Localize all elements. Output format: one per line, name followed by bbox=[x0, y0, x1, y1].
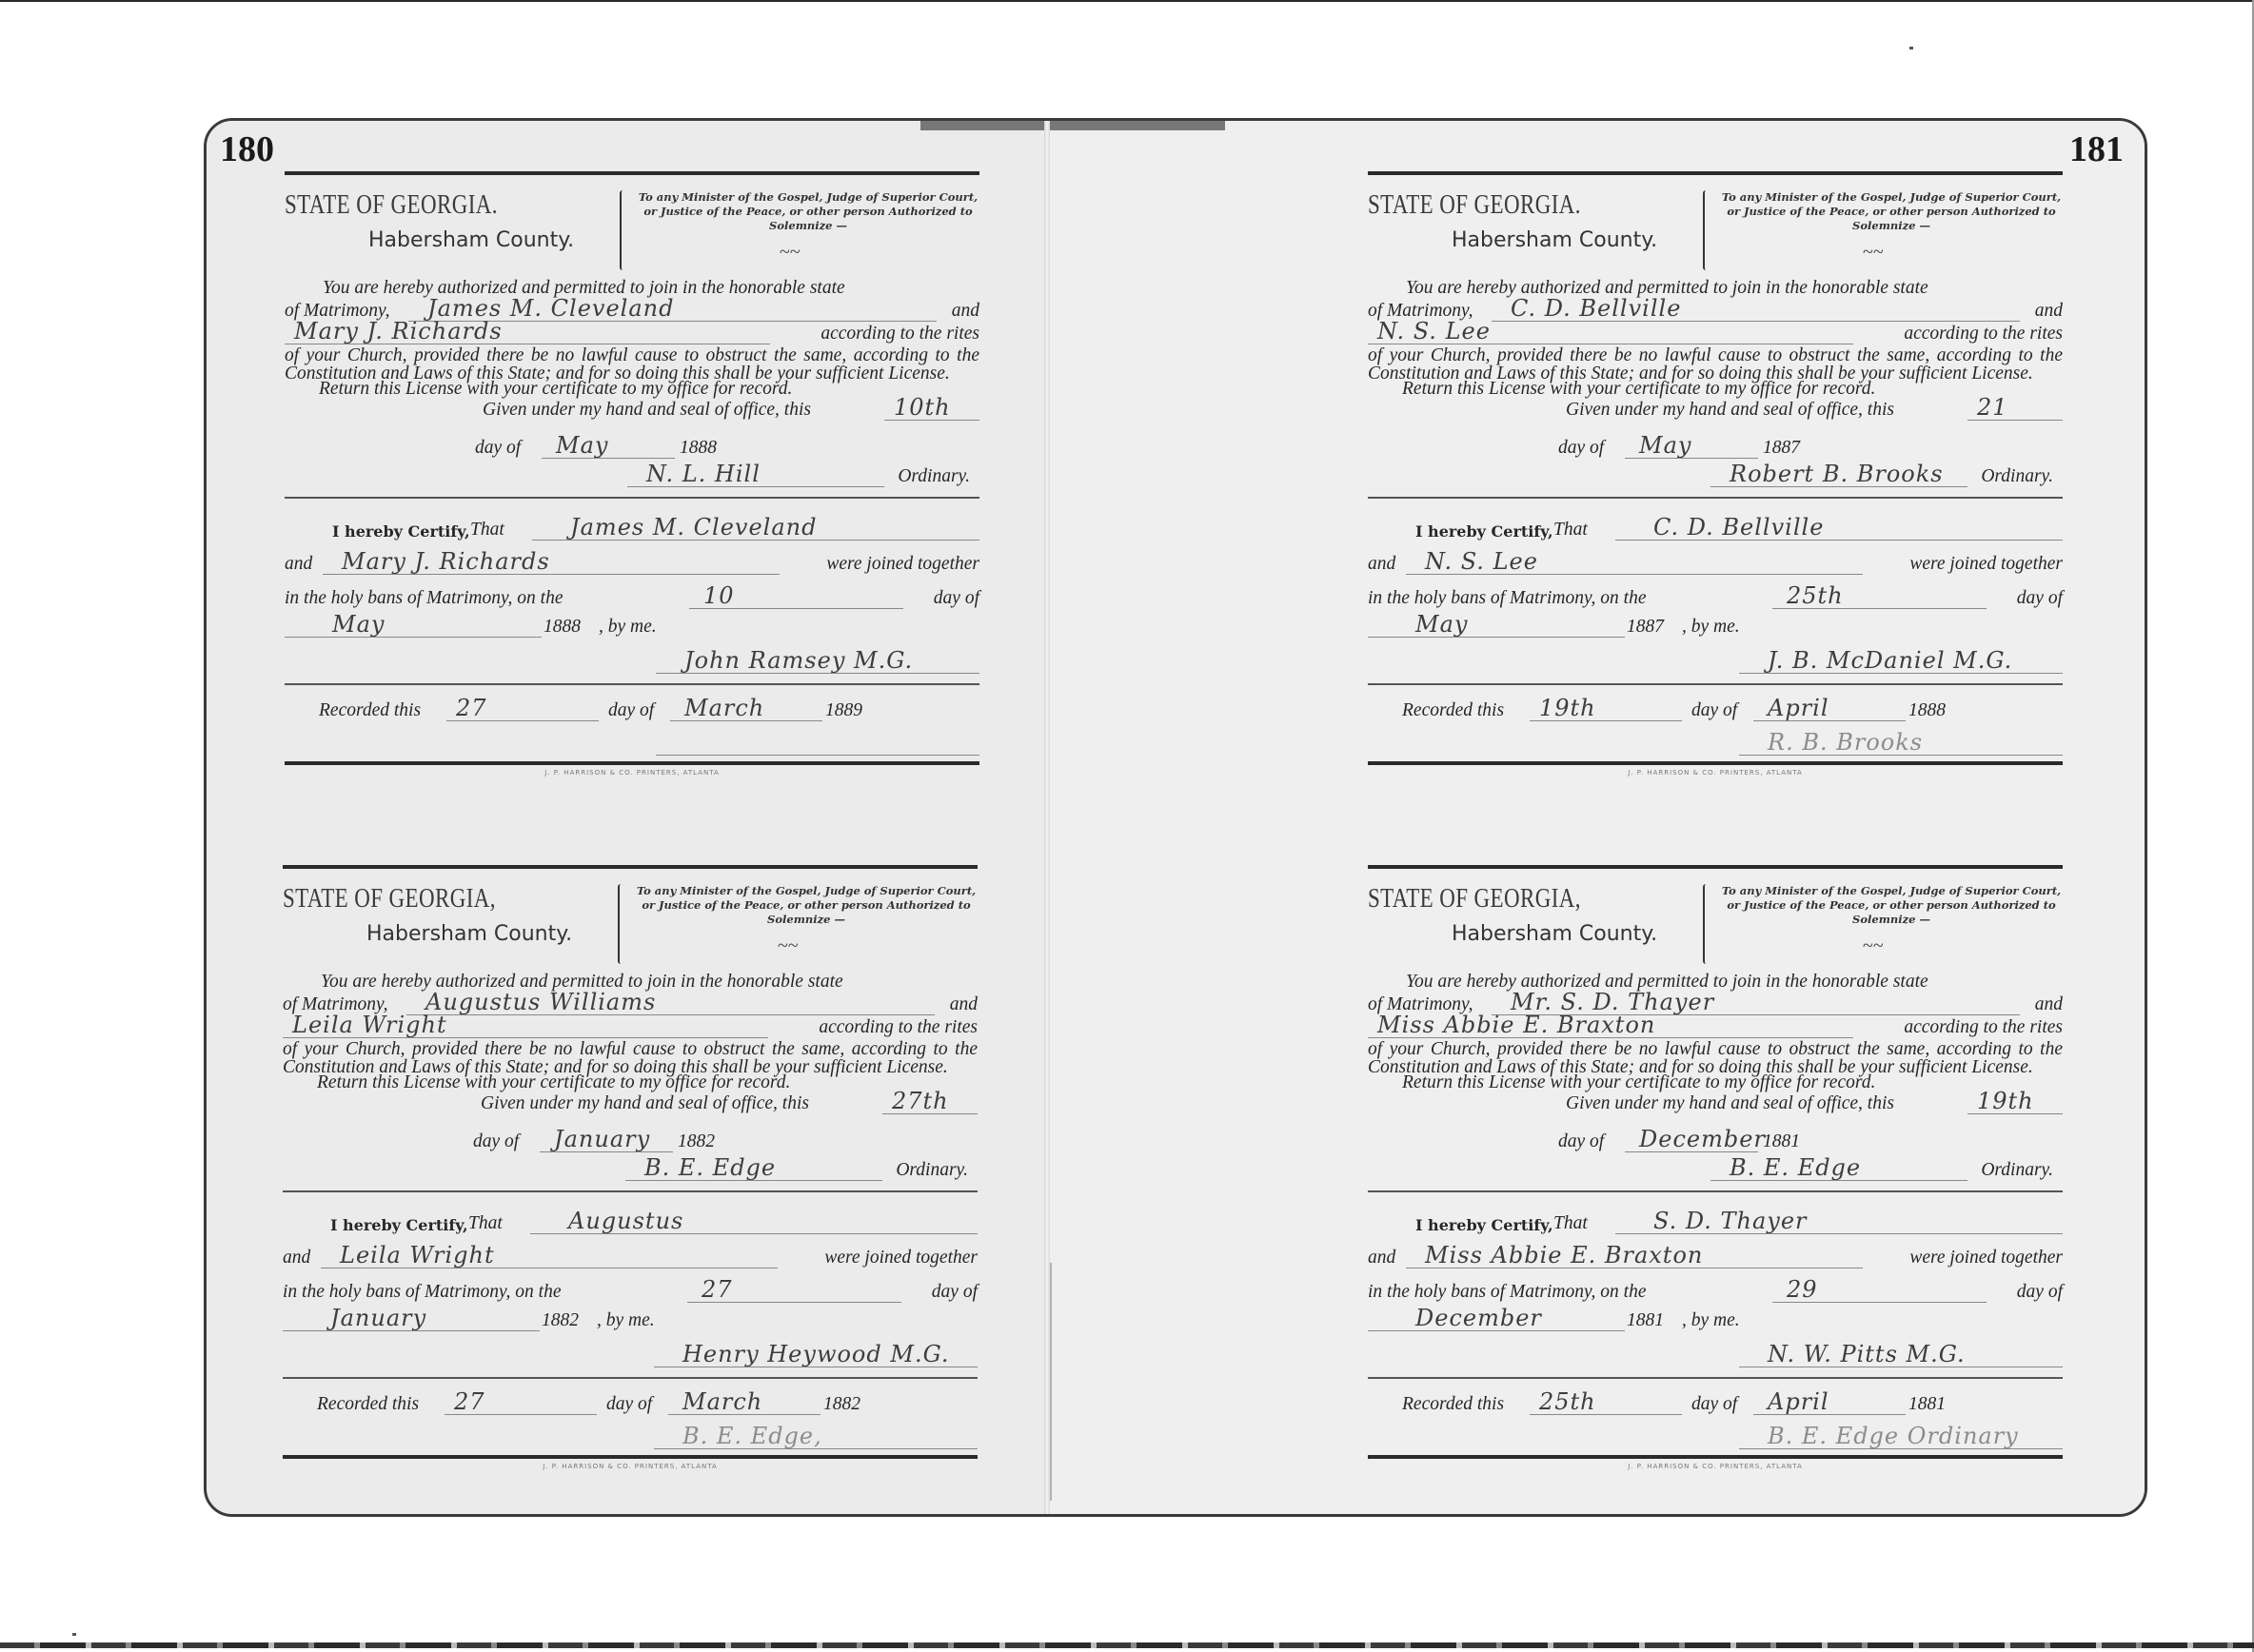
joined-label: were joined together bbox=[826, 554, 979, 575]
recorded-year: 1882 bbox=[823, 1394, 860, 1415]
and-label-2: and bbox=[285, 554, 312, 575]
recorded-day-underline bbox=[1530, 720, 1682, 721]
certify-label: I hereby Certify, bbox=[1415, 522, 1553, 541]
day-of-label: day of bbox=[473, 1131, 519, 1152]
ordinary-label: Ordinary. bbox=[898, 466, 970, 487]
that-label: That bbox=[468, 1213, 503, 1234]
printer-imprint: J. P. HARRISON & CO. PRINTERS, ATLANTA bbox=[285, 769, 979, 777]
top-rule bbox=[1368, 171, 2063, 175]
recorder-signature: R. B. Brooks bbox=[1768, 729, 1923, 756]
ordinary-underline bbox=[1710, 486, 1967, 487]
married-month-line: January 1882 , by me. bbox=[283, 1305, 978, 1333]
license-body: of your Church, provided there be no law… bbox=[1368, 346, 2063, 383]
given-text: Given under my hand and seal of office, … bbox=[483, 400, 811, 421]
day-of-label-3: day of bbox=[1691, 1394, 1737, 1415]
married-day: 25th bbox=[1787, 582, 1844, 609]
license-body: of your Church, provided there be no law… bbox=[285, 346, 979, 383]
officiant-line: Henry Heywood M.G. bbox=[283, 1333, 978, 1369]
joined-label: were joined together bbox=[1909, 554, 2063, 575]
license-day: 19th bbox=[1977, 1088, 2034, 1114]
recorded-line: Recorded this 27 day of March 1889 bbox=[285, 685, 979, 723]
recorder-signature: B. E. Edge, bbox=[682, 1423, 822, 1449]
scan-bottom-border bbox=[0, 1642, 2254, 1648]
license-year: 1881 bbox=[1763, 1131, 1800, 1152]
married-day-underline bbox=[687, 1302, 901, 1303]
recorded-month: April bbox=[1768, 695, 1829, 721]
bride-underline bbox=[1368, 1037, 1853, 1038]
bottom-rule bbox=[1368, 1455, 2063, 1459]
day-of-label: day of bbox=[1558, 1131, 1604, 1152]
return-text: Return this License with your certificat… bbox=[319, 379, 792, 400]
return-line: Return this License with your certificat… bbox=[283, 1076, 978, 1095]
bride-name: Mary J. Richards bbox=[294, 318, 503, 344]
and-label-2: and bbox=[1368, 1248, 1395, 1268]
certified-bride: Leila Wright bbox=[340, 1242, 495, 1268]
according-label: according to the rites bbox=[819, 1017, 978, 1038]
addressee-text: To any Minister of the Gospel, Judge of … bbox=[1720, 190, 2063, 233]
ornament-swash: ~~ bbox=[780, 242, 801, 264]
and-label: and bbox=[952, 301, 979, 322]
recorded-month-underline bbox=[668, 1414, 821, 1415]
license-year: 1888 bbox=[680, 438, 717, 459]
certified-bride-line: and Miss Abbie E. Braxton were joined to… bbox=[1368, 1236, 2063, 1270]
certified-bride-underline bbox=[323, 574, 780, 575]
bottom-rule bbox=[1368, 761, 2063, 765]
holy-bans-label: in the holy bans of Matrimony, on the bbox=[1368, 588, 1646, 609]
married-month-underline bbox=[1368, 1330, 1625, 1331]
page-number-right: 181 bbox=[2069, 128, 2124, 170]
and-label-2: and bbox=[1368, 554, 1395, 575]
return-text: Return this License with your certificat… bbox=[1402, 379, 1875, 400]
license-day-underline bbox=[884, 420, 979, 421]
state-title: STATE OF GEORGIA. bbox=[1368, 190, 1581, 221]
license-month-underline bbox=[1625, 1151, 1758, 1152]
license-day-underline bbox=[882, 1113, 978, 1114]
given-line: Given under my hand and seal of office, … bbox=[283, 1095, 978, 1116]
certified-groom-underline bbox=[1615, 1233, 2063, 1234]
license-month-underline bbox=[1625, 458, 1758, 459]
recorded-line: Recorded this 19th day of April 1888 bbox=[1368, 685, 2063, 723]
gutter-crease bbox=[1050, 1263, 1052, 1501]
holy-bans-label: in the holy bans of Matrimony, on the bbox=[1368, 1282, 1646, 1303]
groom-name: Augustus Williams bbox=[425, 989, 656, 1015]
married-month-underline bbox=[285, 637, 542, 638]
married-year: 1887 bbox=[1627, 617, 1664, 638]
married-day: 10 bbox=[703, 582, 735, 609]
married-month: May bbox=[1415, 611, 1468, 638]
bottom-rule bbox=[283, 1455, 978, 1459]
recorded-year: 1888 bbox=[1908, 700, 1946, 721]
bottom-rule bbox=[285, 761, 979, 765]
recorded-year: 1881 bbox=[1908, 1394, 1946, 1415]
married-year: 1888 bbox=[544, 617, 581, 638]
certified-bride-line: and Leila Wright were joined together bbox=[283, 1236, 978, 1270]
joined-label: were joined together bbox=[824, 1248, 978, 1268]
day-of-label-2: day of bbox=[934, 588, 979, 609]
certified-groom: S. D. Thayer bbox=[1653, 1208, 1808, 1234]
married-day-line: in the holy bans of Matrimony, on the 29… bbox=[1368, 1270, 2063, 1305]
return-text: Return this License with your certificat… bbox=[317, 1072, 790, 1093]
day-of-label-3: day of bbox=[606, 1394, 652, 1415]
married-month: May bbox=[332, 611, 385, 638]
officiant-line: N. W. Pitts M.G. bbox=[1368, 1333, 2063, 1369]
recorder-line: B. E. Edge Ordinary bbox=[1368, 1417, 2063, 1451]
certify-line: I hereby Certify, That Augustus bbox=[283, 1192, 978, 1236]
according-label: according to the rites bbox=[1904, 1017, 2063, 1038]
certify-label: I hereby Certify, bbox=[1415, 1216, 1553, 1234]
return-line: Return this License with your certificat… bbox=[1368, 1076, 2063, 1095]
married-year: 1882 bbox=[542, 1310, 579, 1331]
ordinary-signature: B. E. Edge bbox=[1730, 1154, 1861, 1181]
ordinary-signature: Robert B. Brooks bbox=[1730, 461, 1944, 487]
by-me-label: , by me. bbox=[599, 617, 657, 638]
brace-divider bbox=[620, 190, 625, 270]
officiant-signature: N. W. Pitts M.G. bbox=[1768, 1341, 1966, 1367]
ordinary-label: Ordinary. bbox=[1981, 1160, 2053, 1181]
recorded-label: Recorded this bbox=[319, 700, 421, 721]
married-month: January bbox=[330, 1305, 426, 1331]
officiant-line: J. B. McDaniel M.G. bbox=[1368, 639, 2063, 676]
return-line: Return this License with your certificat… bbox=[1368, 383, 2063, 402]
day-of-label-2: day of bbox=[2017, 588, 2063, 609]
according-label: according to the rites bbox=[821, 324, 979, 344]
return-text: Return this License with your certificat… bbox=[1402, 1072, 1875, 1093]
given-line: Given under my hand and seal of office, … bbox=[285, 402, 979, 423]
married-month-underline bbox=[283, 1330, 540, 1331]
given-line: Given under my hand and seal of office, … bbox=[1368, 402, 2063, 423]
recorder-underline bbox=[1739, 1448, 2063, 1449]
marriage-certificate-top-left: STATE OF GEORGIA. Habersham County. To a… bbox=[285, 171, 979, 777]
intro-line: You are hereby authorized and permitted … bbox=[1368, 968, 2063, 994]
certify-line: I hereby Certify, That James M. Clevelan… bbox=[285, 499, 979, 542]
married-month-line: May 1887 , by me. bbox=[1368, 611, 2063, 639]
top-rule bbox=[285, 171, 979, 175]
license-day: 27th bbox=[892, 1088, 949, 1114]
officiant-underline bbox=[1739, 1367, 2063, 1367]
recorded-day: 25th bbox=[1539, 1388, 1596, 1415]
license-body: of your Church, provided there be no law… bbox=[1368, 1040, 2063, 1076]
married-day-line: in the holy bans of Matrimony, on the 25… bbox=[1368, 577, 2063, 611]
recorded-label: Recorded this bbox=[317, 1394, 419, 1415]
license-year: 1887 bbox=[1763, 438, 1800, 459]
ordinary-line: Robert B. Brooks Ordinary. bbox=[1368, 461, 2063, 489]
recorder-line bbox=[285, 723, 979, 757]
recorded-day: 27 bbox=[454, 1388, 485, 1415]
married-day-underline bbox=[689, 608, 903, 609]
certified-groom: James M. Cleveland bbox=[570, 514, 817, 541]
certified-bride: N. S. Lee bbox=[1425, 548, 1538, 575]
certified-bride-line: and Mary J. Richards were joined togethe… bbox=[285, 542, 979, 577]
recorded-label: Recorded this bbox=[1402, 700, 1504, 721]
scan-top-border bbox=[0, 0, 2254, 2]
officiant-line: John Ramsey M.G. bbox=[285, 639, 979, 676]
bride-name: Miss Abbie E. Braxton bbox=[1377, 1012, 1655, 1038]
recorded-day: 19th bbox=[1539, 695, 1596, 721]
ledger-spread: 180 181 STATE OF GEORGIA. Habersham Coun… bbox=[204, 118, 2147, 1517]
married-month-line: May 1888 , by me. bbox=[285, 611, 979, 639]
county-title: Habersham County. bbox=[1452, 922, 1657, 946]
addressee-text: To any Minister of the Gospel, Judge of … bbox=[637, 190, 979, 233]
recorded-month-underline bbox=[1753, 720, 1906, 721]
intro-line: You are hereby authorized and permitted … bbox=[1368, 274, 2063, 301]
and-label: and bbox=[2035, 301, 2063, 322]
joined-label: were joined together bbox=[1909, 1248, 2063, 1268]
state-title: STATE OF GEORGIA, bbox=[283, 884, 496, 914]
license-month-underline bbox=[542, 458, 675, 459]
and-label-2: and bbox=[283, 1248, 310, 1268]
ordinary-line: B. E. Edge Ordinary. bbox=[1368, 1154, 2063, 1183]
officiant-signature: J. B. McDaniel M.G. bbox=[1768, 647, 2012, 674]
given-text: Given under my hand and seal of office, … bbox=[1566, 1093, 1894, 1114]
license-date-line: day of May 1888 bbox=[285, 423, 979, 461]
marriage-certificate-top-right: STATE OF GEORGIA. Habersham County. To a… bbox=[1368, 171, 2063, 777]
printer-imprint: J. P. HARRISON & CO. PRINTERS, ATLANTA bbox=[1368, 769, 2063, 777]
certify-line: I hereby Certify, That S. D. Thayer bbox=[1368, 1192, 2063, 1236]
bride-underline bbox=[285, 344, 770, 344]
certify-line: I hereby Certify, That C. D. Bellville bbox=[1368, 499, 2063, 542]
married-month: December bbox=[1415, 1305, 1542, 1331]
certified-groom: C. D. Bellville bbox=[1653, 514, 1824, 541]
county-title: Habersham County. bbox=[366, 922, 572, 946]
married-day-line: in the holy bans of Matrimony, on the 10… bbox=[285, 577, 979, 611]
day-of-label-3: day of bbox=[608, 700, 654, 721]
groom-underline bbox=[406, 1014, 935, 1015]
certified-bride-underline bbox=[1406, 1268, 1863, 1268]
ornament-swash: ~~ bbox=[778, 935, 799, 957]
addressee-text: To any Minister of the Gospel, Judge of … bbox=[635, 884, 978, 927]
ordinary-line: N. L. Hill Ordinary. bbox=[285, 461, 979, 489]
officiant-signature: John Ramsey M.G. bbox=[684, 647, 913, 674]
recorded-line: Recorded this 25th day of April 1881 bbox=[1368, 1379, 2063, 1417]
recorded-day-underline bbox=[445, 1414, 597, 1415]
groom-name: C. D. Bellville bbox=[1511, 295, 1681, 322]
ornament-swash: ~~ bbox=[1863, 935, 1884, 957]
marriage-certificate-bottom-left: STATE OF GEORGIA, Habersham County. To a… bbox=[283, 865, 978, 1470]
day-of-label: day of bbox=[1558, 438, 1604, 459]
ornament-swash: ~~ bbox=[1863, 242, 1884, 264]
brace-divider bbox=[1703, 884, 1709, 964]
scan-speck bbox=[1909, 47, 1913, 49]
groom-underline bbox=[1492, 321, 2020, 322]
license-day-underline bbox=[1967, 1113, 2063, 1114]
addressee-text: To any Minister of the Gospel, Judge of … bbox=[1720, 884, 2063, 927]
officiant-underline bbox=[1739, 673, 2063, 674]
and-label: and bbox=[950, 994, 978, 1015]
bride-line: N. S. Lee according to the rites bbox=[1368, 324, 2063, 346]
according-label: according to the rites bbox=[1904, 324, 2063, 344]
brace-divider bbox=[1703, 190, 1709, 270]
married-day: 29 bbox=[1787, 1276, 1818, 1303]
given-line: Given under my hand and seal of office, … bbox=[1368, 1095, 2063, 1116]
certificate-header: STATE OF GEORGIA. Habersham County. To a… bbox=[285, 190, 979, 274]
recorder-underline bbox=[1739, 755, 2063, 756]
bride-line: Miss Abbie E. Braxton according to the r… bbox=[1368, 1017, 2063, 1040]
bride-name: N. S. Lee bbox=[1377, 318, 1491, 344]
married-day-underline bbox=[1772, 1302, 1987, 1303]
married-month-line: December 1881 , by me. bbox=[1368, 1305, 2063, 1333]
recorded-day-underline bbox=[1530, 1414, 1682, 1415]
recorded-year: 1889 bbox=[825, 700, 862, 721]
certificate-header: STATE OF GEORGIA, Habersham County. To a… bbox=[283, 884, 978, 968]
ordinary-underline bbox=[625, 1180, 882, 1181]
recorder-underline bbox=[654, 1448, 978, 1449]
certified-bride: Miss Abbie E. Braxton bbox=[1425, 1242, 1703, 1268]
certified-groom-underline bbox=[530, 1233, 978, 1234]
license-date-line: day of December 1881 bbox=[1368, 1116, 2063, 1154]
license-body: of your Church, provided there be no law… bbox=[283, 1040, 978, 1076]
license-date-line: day of May 1887 bbox=[1368, 423, 2063, 461]
ordinary-underline bbox=[627, 486, 884, 487]
day-of-label-2: day of bbox=[2017, 1282, 2063, 1303]
license-date-line: day of January 1882 bbox=[283, 1116, 978, 1154]
recorder-line: R. B. Brooks bbox=[1368, 723, 2063, 757]
license-month: December bbox=[1639, 1126, 1766, 1152]
ordinary-underline bbox=[1710, 1180, 1967, 1181]
holy-bans-label: in the holy bans of Matrimony, on the bbox=[285, 588, 563, 609]
recorded-line: Recorded this 27 day of March 1882 bbox=[283, 1379, 978, 1417]
state-title: STATE OF GEORGIA. bbox=[285, 190, 498, 221]
recorded-month-underline bbox=[670, 720, 822, 721]
ordinary-label: Ordinary. bbox=[1981, 466, 2053, 487]
county-title: Habersham County. bbox=[368, 228, 574, 252]
certify-label: I hereby Certify, bbox=[332, 522, 470, 541]
license-month: May bbox=[1639, 432, 1691, 459]
officiant-underline bbox=[654, 1367, 978, 1367]
given-text: Given under my hand and seal of office, … bbox=[481, 1093, 809, 1114]
day-of-label-2: day of bbox=[932, 1282, 978, 1303]
certified-groom-underline bbox=[1615, 540, 2063, 541]
and-label: and bbox=[2035, 994, 2063, 1015]
license-month: May bbox=[556, 432, 608, 459]
by-me-label: , by me. bbox=[1682, 617, 1740, 638]
certify-label: I hereby Certify, bbox=[330, 1216, 468, 1234]
married-day: 27 bbox=[702, 1276, 733, 1303]
license-year: 1882 bbox=[678, 1131, 715, 1152]
officiant-underline bbox=[656, 673, 979, 674]
ordinary-signature: B. E. Edge bbox=[644, 1154, 776, 1181]
holy-bans-label: in the holy bans of Matrimony, on the bbox=[283, 1282, 561, 1303]
scan-speck bbox=[72, 1633, 76, 1636]
top-rule bbox=[1368, 865, 2063, 869]
ordinary-signature: N. L. Hill bbox=[646, 461, 761, 487]
recorded-month: March bbox=[682, 1388, 762, 1415]
license-month-underline bbox=[540, 1151, 673, 1152]
return-line: Return this License with your certificat… bbox=[285, 383, 979, 402]
that-label: That bbox=[470, 520, 504, 541]
certified-bride-underline bbox=[1406, 574, 1863, 575]
recorded-month: April bbox=[1768, 1388, 1829, 1415]
recorder-underline bbox=[656, 755, 979, 756]
license-day: 10th bbox=[894, 394, 951, 421]
brace-divider bbox=[618, 884, 623, 964]
recorded-month-underline bbox=[1753, 1414, 1906, 1415]
that-label: That bbox=[1553, 520, 1588, 541]
officiant-signature: Henry Heywood M.G. bbox=[682, 1341, 950, 1367]
by-me-label: , by me. bbox=[1682, 1310, 1740, 1331]
bride-underline bbox=[283, 1037, 768, 1038]
bride-name: Leila Wright bbox=[292, 1012, 447, 1038]
marriage-certificate-bottom-right: STATE OF GEORGIA, Habersham County. To a… bbox=[1368, 865, 2063, 1470]
recorder-line: B. E. Edge, bbox=[283, 1417, 978, 1451]
top-rule bbox=[283, 865, 978, 869]
bride-line: Leila Wright according to the rites bbox=[283, 1017, 978, 1040]
printer-imprint: J. P. HARRISON & CO. PRINTERS, ATLANTA bbox=[283, 1463, 978, 1470]
given-text: Given under my hand and seal of office, … bbox=[1566, 400, 1894, 421]
by-me-label: , by me. bbox=[597, 1310, 655, 1331]
certified-bride-underline bbox=[321, 1268, 778, 1268]
recorded-month: March bbox=[684, 695, 764, 721]
certified-groom: Augustus bbox=[568, 1208, 683, 1234]
married-day-underline bbox=[1772, 608, 1987, 609]
recorder-signature: B. E. Edge Ordinary bbox=[1768, 1423, 2019, 1449]
ordinary-label: Ordinary. bbox=[896, 1160, 968, 1181]
certified-bride: Mary J. Richards bbox=[342, 548, 550, 575]
ordinary-line: B. E. Edge Ordinary. bbox=[283, 1154, 978, 1183]
recorded-label: Recorded this bbox=[1402, 1394, 1504, 1415]
state-title: STATE OF GEORGIA, bbox=[1368, 884, 1581, 914]
binding-edge bbox=[920, 121, 1225, 130]
married-day-line: in the holy bans of Matrimony, on the 27… bbox=[283, 1270, 978, 1305]
recorded-day: 27 bbox=[456, 695, 487, 721]
certificate-header: STATE OF GEORGIA, Habersham County. To a… bbox=[1368, 884, 2063, 968]
certified-groom-underline bbox=[532, 540, 979, 541]
printer-imprint: J. P. HARRISON & CO. PRINTERS, ATLANTA bbox=[1368, 1463, 2063, 1470]
bride-line: Mary J. Richards according to the rites bbox=[285, 324, 979, 346]
that-label: That bbox=[1553, 1213, 1588, 1234]
recorded-day-underline bbox=[446, 720, 599, 721]
license-month: January bbox=[554, 1126, 650, 1152]
certified-bride-line: and N. S. Lee were joined together bbox=[1368, 542, 2063, 577]
day-of-label-3: day of bbox=[1691, 700, 1737, 721]
license-day-underline bbox=[1967, 420, 2063, 421]
bride-underline bbox=[1368, 344, 1853, 344]
license-day: 21 bbox=[1977, 394, 2008, 421]
page-number-left: 180 bbox=[220, 128, 274, 170]
married-month-underline bbox=[1368, 637, 1625, 638]
certificate-header: STATE OF GEORGIA. Habersham County. To a… bbox=[1368, 190, 2063, 274]
day-of-label: day of bbox=[475, 438, 521, 459]
married-year: 1881 bbox=[1627, 1310, 1664, 1331]
county-title: Habersham County. bbox=[1452, 228, 1657, 252]
